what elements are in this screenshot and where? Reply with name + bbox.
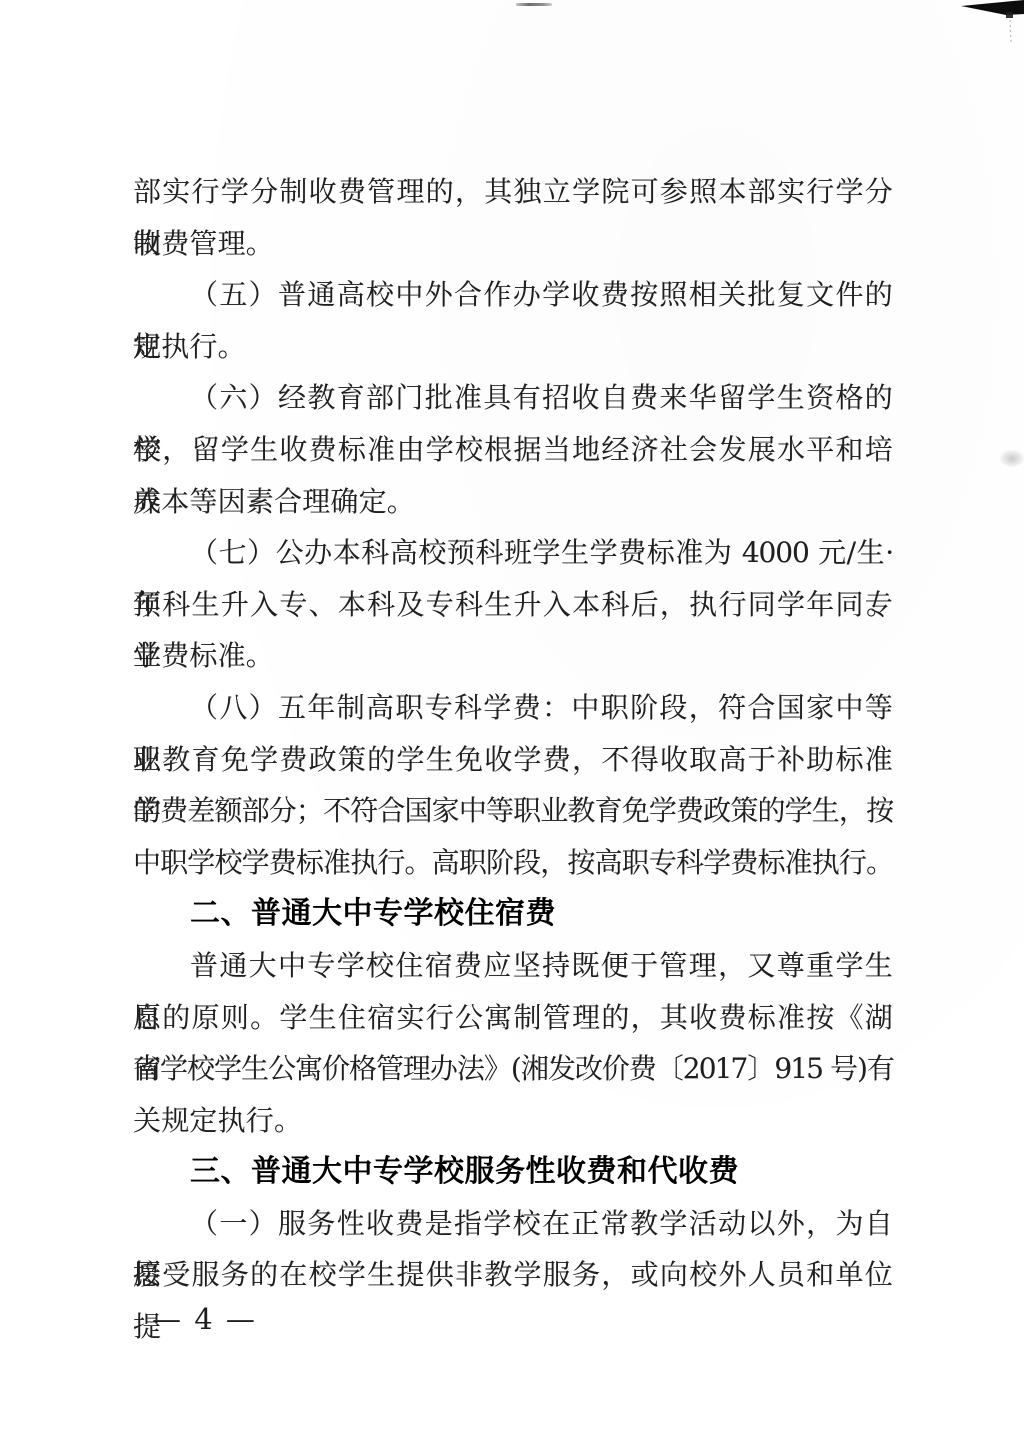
text-line: 部实行学分制收费管理的，其独立学院可参照本部实行学分制 — [133, 166, 893, 218]
section-heading: 三、普通大中专学校服务性收费和代收费 — [133, 1146, 893, 1198]
scanner-streak-mark — [516, 3, 552, 6]
text-line: 愿的原则。学生住宿实行公寓制管理的，其收费标准按《湖南 — [133, 992, 893, 1044]
scanned-page: 部实行学分制收费管理的，其独立学院可参照本部实行学分制收费管理。（五）普通高校中… — [0, 0, 1024, 1448]
text-line: （一）服务性收费是指学校在正常教学活动以外，为自愿 — [133, 1198, 893, 1250]
text-line: （五）普通高校中外合作办学收费按照相关批复文件的规 — [133, 269, 893, 321]
text-line: （七）公办本科高校预科班学生学费标准为 4000 元/生·年。 — [133, 527, 893, 579]
text-line: 省学校学生公寓价格管理办法》(湘发改价费〔2017〕915 号)有 — [133, 1043, 893, 1095]
text-line: 收费管理。 — [133, 218, 893, 270]
text-line: 定执行。 — [133, 321, 893, 373]
page-number: — 4 — — [152, 1300, 257, 1338]
text-line: 学费差额部分；不符合国家中等职业教育免学费政策的学生，按 — [133, 785, 893, 837]
text-line: 接受服务的在校学生提供非教学服务，或向校外人员和单位提 — [133, 1249, 893, 1301]
text-line: 中职学校学费标准执行。高职阶段，按高职专科学费标准执行。 — [133, 837, 893, 889]
section-heading: 二、普通大中专学校住宿费 — [133, 888, 893, 940]
text-line: （八）五年制高职专科学费：中职阶段，符合国家中等职 — [133, 682, 893, 734]
text-line: 业教育免学费政策的学生免收学费，不得收取高于补助标准的 — [133, 734, 893, 786]
text-line: 关规定执行。 — [133, 1095, 893, 1147]
text-line: 普通大中专学校住宿费应坚持既便于管理，又尊重学生自 — [133, 940, 893, 992]
text-line: （六）经教育部门批准具有招收自费来华留学生资格的学 — [133, 372, 893, 424]
text-line: 学费标准。 — [133, 630, 893, 682]
text-line: 成本等因素合理确定。 — [133, 476, 893, 528]
text-line: 预科生升入专、本科及专科生升入本科后，执行同学年同专业 — [133, 579, 893, 631]
document-body: 部实行学分制收费管理的，其独立学院可参照本部实行学分制收费管理。（五）普通高校中… — [133, 166, 893, 1301]
smudge-mark — [1000, 450, 1024, 467]
text-line: 校，留学生收费标准由学校根据当地经济社会发展水平和培养 — [133, 424, 893, 476]
corner-fold-mark — [960, 0, 1024, 48]
